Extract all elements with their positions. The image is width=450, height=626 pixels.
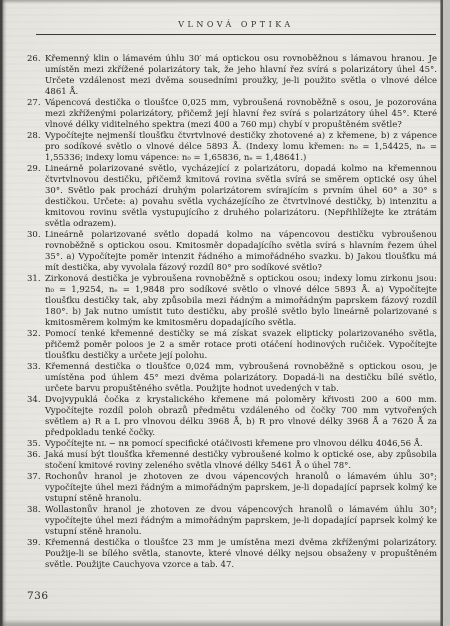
problem-text: Jaká musí být tloušťka křemenné destičky… [45, 450, 437, 472]
problem-item: 39. Křemenná destička o tloušťce 23 mm j… [27, 538, 437, 571]
problem-text: Pomocí tenké křemenné destičky se má zís… [45, 329, 437, 362]
problem-text: Křemenný klin o lámavém úhlu 30′ má opti… [45, 54, 437, 98]
problem-number: 38. [27, 505, 45, 516]
problem-item: 31. Zirkonová destička je vybroušena rov… [27, 274, 437, 329]
page-number: 736 [27, 590, 49, 602]
problem-text: Rochonův hranol je zhotoven ze dvou vápe… [45, 472, 437, 505]
problem-item: 29. Lineárně polarizované světlo, vycház… [27, 164, 437, 230]
problem-number: 31. [27, 274, 45, 285]
scan-edge-bottom [0, 619, 450, 626]
problems-list: 26. Křemenný klin o lámavém úhlu 30′ má … [27, 54, 437, 571]
problem-number: 29. [27, 164, 45, 175]
problem-text: Křemenná destička o tloušťce 23 mm je um… [45, 538, 437, 571]
scan-edge-top [0, 0, 450, 4]
problem-number: 27. [27, 98, 45, 109]
problem-number: 32. [27, 329, 45, 340]
problem-item: 37. Rochonův hranol je zhotoven ze dvou … [27, 472, 437, 505]
running-header: VLNOVÁ OPTIKA [36, 20, 436, 29]
problem-number: 30. [27, 230, 45, 241]
problem-item: 33. Křemenná destička o tloušťce 0,024 m… [27, 362, 437, 395]
problem-item: 35. Vypočítejte nʟ − nʀ pomocí specifick… [27, 439, 437, 450]
problem-item: 36. Jaká musí být tloušťka křemenné dest… [27, 450, 437, 472]
problem-item: 38. Wollastonův hranol je zhotoven ze dv… [27, 505, 437, 538]
problem-text: Zirkonová destička je vybroušena rovnobě… [45, 274, 437, 329]
problem-item: 26. Křemenný klin o lámavém úhlu 30′ má … [27, 54, 437, 98]
problem-text: Dvojvypuklá čočka z krystalického křemen… [45, 395, 437, 439]
problem-text: Lineárně polarizované světlo, vycházejíc… [45, 164, 437, 230]
problem-item: 28. Vypočítejte nejmenší tloušťku čtvrtv… [27, 131, 437, 164]
problem-item: 32. Pomocí tenké křemenné destičky se má… [27, 329, 437, 362]
scan-edge-right [440, 0, 450, 626]
problem-number: 28. [27, 131, 45, 142]
problem-item: 30. Lineárně polarizované světlo dopadá … [27, 230, 437, 274]
problem-number: 33. [27, 362, 45, 373]
scanned-book-page: VLNOVÁ OPTIKA 26. Křemenný klin o lámavé… [0, 0, 450, 626]
problem-text: Křemenná destička o tloušťce 0,024 mm, v… [45, 362, 437, 395]
problem-item: 34. Dvojvypuklá čočka z krystalického kř… [27, 395, 437, 439]
problem-text: Vápencová destička o tloušťce 0,025 mm, … [45, 98, 437, 131]
problem-number: 34. [27, 395, 45, 406]
problem-number: 39. [27, 538, 45, 549]
problem-text: Vypočítejte nejmenší tloušťku čtvrtvlnov… [45, 131, 437, 164]
header-rule [36, 34, 436, 35]
problem-number: 26. [27, 54, 45, 65]
problem-text: Lineárně polarizované světlo dopadá kolm… [45, 230, 437, 274]
problem-number: 37. [27, 472, 45, 483]
problem-text: Vypočítejte nʟ − nʀ pomocí specifické ot… [45, 439, 437, 450]
problem-number: 36. [27, 450, 45, 461]
problem-number: 35. [27, 439, 45, 450]
problem-item: 27. Vápencová destička o tloušťce 0,025 … [27, 98, 437, 131]
problem-text: Wollastonův hranol je zhotoven ze dvou v… [45, 505, 437, 538]
scan-edge-left [0, 0, 7, 626]
